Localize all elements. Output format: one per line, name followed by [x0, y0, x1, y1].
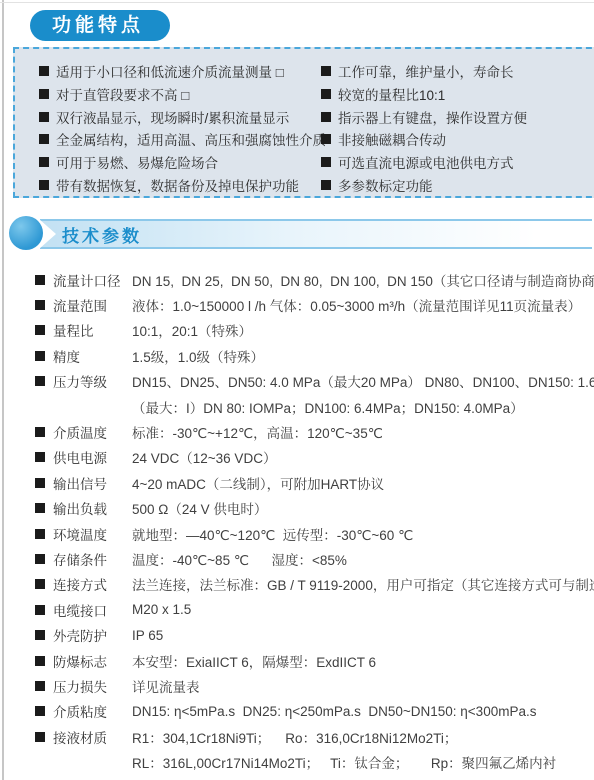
bullet-square-icon: [35, 452, 45, 462]
bullet-square-icon: [35, 681, 45, 691]
param-label: 流量计口径: [53, 270, 132, 290]
param-label: 压力损失: [53, 676, 132, 696]
feature-item: 适用于小口径和低流速介质流量测量 □: [39, 60, 321, 83]
bullet-square-icon: [35, 478, 45, 488]
param-label: 存储条件: [53, 549, 132, 569]
feature-item: 对于直管段要求不高 □: [39, 83, 321, 106]
page-top-edge: [0, 2, 594, 3]
param-value: RL：316L,00Cr17Ni14Mo2Ti； Ti：钛合金； Rp：聚四氟乙…: [132, 752, 556, 772]
param-label: 环境温度: [53, 524, 132, 544]
param-row: 供电电源24 VDC（12~36 VDC）: [35, 445, 594, 470]
param-label: 接液材质: [53, 727, 132, 747]
param-label: 外壳防护: [53, 625, 132, 645]
bullet-square-icon: [39, 134, 49, 144]
param-label: 输出负载: [53, 498, 132, 518]
feature-item-text: 指示器上有键盘，操作设置方便: [338, 107, 527, 127]
param-row: 介质温度标准：-30℃~+12℃，高温：120℃~35℃: [35, 419, 594, 444]
bullet-square-icon: [35, 605, 45, 615]
param-row: 精度1.5级，1.0级（特殊）: [35, 343, 594, 368]
param-value: 4~20 mADC（二线制），可附加HART协议: [132, 473, 384, 493]
param-value: 10:1，20:1（特殊）: [132, 320, 252, 340]
feature-item: 非接触磁耦合传动: [321, 128, 594, 151]
feature-item: 带有数据恢复，数据备份及掉电保护功能: [39, 173, 321, 196]
bullet-square-icon: [39, 66, 49, 76]
feature-item: 较宽的量程比10:1: [321, 83, 594, 106]
param-row: 流量范围液体：1.0~150000 l /h 气体：0.05~3000 m³/h…: [35, 292, 594, 317]
feature-item-text: 带有数据恢复，数据备份及掉电保护功能: [56, 175, 299, 195]
param-value: DN15: η<5mPa.s DN25: η<250mPa.s DN50~DN1…: [132, 704, 536, 719]
features-box: 适用于小口径和低流速介质流量测量 □对于直管段要求不高 □双行液晶显示，现场瞬时…: [13, 47, 594, 198]
param-row: 量程比10:1，20:1（特殊）: [35, 318, 594, 343]
param-value: R1：304,1Cr18Ni9Ti； Ro：316,0Cr18Ni12Mo2Ti…: [132, 727, 457, 747]
param-row: 接液材质R1：304,1Cr18Ni9Ti； Ro：316,0Cr18Ni12M…: [35, 724, 594, 749]
feature-item-text: 适用于小口径和低流速介质流量测量 □: [56, 61, 284, 81]
param-label: 输出信号: [53, 473, 132, 493]
feature-item: 可选直流电源或电池供电方式: [321, 151, 594, 174]
param-value: 就地型：—40℃~120℃ 远传型：-30℃~60 ℃: [132, 524, 413, 544]
feature-item-text: 可用于易燃、易爆危险场合: [56, 152, 218, 172]
feature-item-text: 可选直流电源或电池供电方式: [338, 152, 514, 172]
bullet-square-icon: [35, 706, 45, 716]
bullet-square-icon: [35, 656, 45, 666]
param-value: 标准：-30℃~+12℃，高温：120℃~35℃: [132, 422, 383, 442]
param-value: （最大：I）DN 80: IOMPa；DN100: 6.4MPa；DN150: …: [132, 397, 524, 417]
bullet-square-icon: [321, 112, 331, 122]
page-left-edge: [2, 0, 4, 780]
bullet-square-icon: [321, 134, 331, 144]
feature-item: 指示器上有键盘，操作设置方便: [321, 105, 594, 128]
bullet-square-icon: [35, 351, 45, 361]
tech-params-banner: 技术参数: [0, 216, 594, 250]
param-row: 环境温度就地型：—40℃~120℃ 远传型：-30℃~60 ℃: [35, 521, 594, 546]
param-value: 1.5级，1.0级（特殊）: [132, 346, 264, 366]
param-value: 详见流量表: [132, 676, 200, 696]
feature-item: 全金属结构，适用高温、高压和强腐蚀性介质: [39, 128, 321, 151]
param-row: （最大：I）DN 80: IOMPa；DN100: 6.4MPa；DN150: …: [35, 394, 594, 419]
feature-item-text: 全金属结构，适用高温、高压和强腐蚀性介质: [56, 129, 326, 149]
param-row: 介质粘度DN15: η<5mPa.s DN25: η<250mPa.s DN50…: [35, 699, 594, 724]
bullet-square-icon: [39, 89, 49, 99]
bullet-square-icon: [35, 554, 45, 564]
bullet-square-icon: [39, 112, 49, 122]
param-row: RL：316L,00Cr17Ni14Mo2Ti； Ti：钛合金； Rp：聚四氟乙…: [35, 749, 594, 774]
param-row: 压力等级DN15、DN25、DN50: 4.0 MPa（最大20 MPa） DN…: [35, 369, 594, 394]
param-value: M20 x 1.5: [132, 602, 191, 617]
bullet-square-icon: [321, 66, 331, 76]
param-value: 24 VDC（12~36 VDC）: [132, 447, 276, 467]
bullet-square-icon: [35, 529, 45, 539]
bullet-square-icon: [35, 325, 45, 335]
bullet-square-icon: [321, 157, 331, 167]
feature-item-text: 多参数标定功能: [338, 175, 433, 195]
feature-item-text: 双行液晶显示，现场瞬时/累积流量显示: [56, 107, 289, 127]
param-value: 500 Ω（24 V 供电时）: [132, 498, 267, 518]
bullet-square-icon: [35, 427, 45, 437]
param-label: 流量范围: [53, 295, 132, 315]
param-label: 量程比: [53, 320, 132, 340]
tech-params-list: 流量计口径DN 15, DN 25, DN 50, DN 80, DN 100,…: [35, 267, 594, 775]
feature-item: 双行液晶显示，现场瞬时/累积流量显示: [39, 105, 321, 128]
bullet-square-icon: [35, 376, 45, 386]
param-label: 介质粘度: [53, 701, 132, 721]
param-value: 法兰连接，法兰标准：GB / T 9119-2000，用户可指定（其它连接方式可…: [132, 574, 594, 594]
param-row: 压力损失详见流量表: [35, 673, 594, 698]
param-row: 输出信号4~20 mADC（二线制），可附加HART协议: [35, 470, 594, 495]
param-label: 电缆接口: [53, 600, 132, 620]
bullet-square-icon: [321, 180, 331, 190]
param-label: 连接方式: [53, 574, 132, 594]
param-row: 电缆接口M20 x 1.5: [35, 597, 594, 622]
param-value: DN15、DN25、DN50: 4.0 MPa（最大20 MPa） DN80、D…: [132, 371, 594, 391]
bullet-square-icon: [35, 275, 45, 285]
bullet-square-icon: [35, 579, 45, 589]
param-row: 连接方式法兰连接，法兰标准：GB / T 9119-2000，用户可指定（其它连…: [35, 572, 594, 597]
param-label: 压力等级: [53, 371, 132, 391]
bullet-square-icon: [321, 89, 331, 99]
param-label: 供电电源: [53, 447, 132, 467]
bullet-square-icon: [35, 300, 45, 310]
feature-item-text: 对于直管段要求不高 □: [56, 84, 189, 104]
feature-item-text: 较宽的量程比10:1: [338, 84, 445, 104]
feature-item-text: 非接触磁耦合传动: [338, 129, 446, 149]
bullet-square-icon: [35, 503, 45, 513]
bullet-square-icon: [35, 630, 45, 640]
feature-item: 工作可靠，维护量小，寿命长: [321, 60, 594, 83]
param-row: 存储条件温度：-40℃~85 ℃ 湿度：<85%: [35, 546, 594, 571]
feature-item: 多参数标定功能: [321, 173, 594, 196]
feature-item: 可用于易燃、易爆危险场合: [39, 151, 321, 174]
features-column-left: 适用于小口径和低流速介质流量测量 □对于直管段要求不高 □双行液晶显示，现场瞬时…: [39, 60, 321, 196]
blue-circle-icon: [9, 216, 43, 250]
param-value: 本安型：ExiaIICT 6，隔爆型：ExdIICT 6: [132, 651, 376, 671]
param-row: 防爆标志本安型：ExiaIICT 6，隔爆型：ExdIICT 6: [35, 648, 594, 673]
param-label: 精度: [53, 346, 132, 366]
bullet-square-icon: [39, 157, 49, 167]
param-row: 流量计口径DN 15, DN 25, DN 50, DN 80, DN 100,…: [35, 267, 594, 292]
param-value: 液体：1.0~150000 l /h 气体：0.05~3000 m³/h（流量范…: [132, 295, 581, 315]
param-row: 输出负载500 Ω（24 V 供电时）: [35, 496, 594, 521]
features-section-title: 功能特点: [30, 10, 170, 41]
param-value: DN 15, DN 25, DN 50, DN 80, DN 100, DN 1…: [132, 270, 594, 290]
bullet-square-icon: [39, 180, 49, 190]
features-column-right: 工作可靠，维护量小，寿命长较宽的量程比10:1指示器上有键盘，操作设置方便非接触…: [321, 60, 594, 196]
param-value: 温度：-40℃~85 ℃ 湿度：<85%: [132, 549, 347, 569]
param-row: 外壳防护IP 65: [35, 622, 594, 647]
param-label: 介质温度: [53, 422, 132, 442]
tech-params-section-title: 技术参数: [62, 222, 142, 247]
param-label: 防爆标志: [53, 651, 132, 671]
param-value: IP 65: [132, 628, 163, 643]
feature-item-text: 工作可靠，维护量小，寿命长: [338, 61, 514, 81]
bullet-square-icon: [35, 732, 45, 742]
